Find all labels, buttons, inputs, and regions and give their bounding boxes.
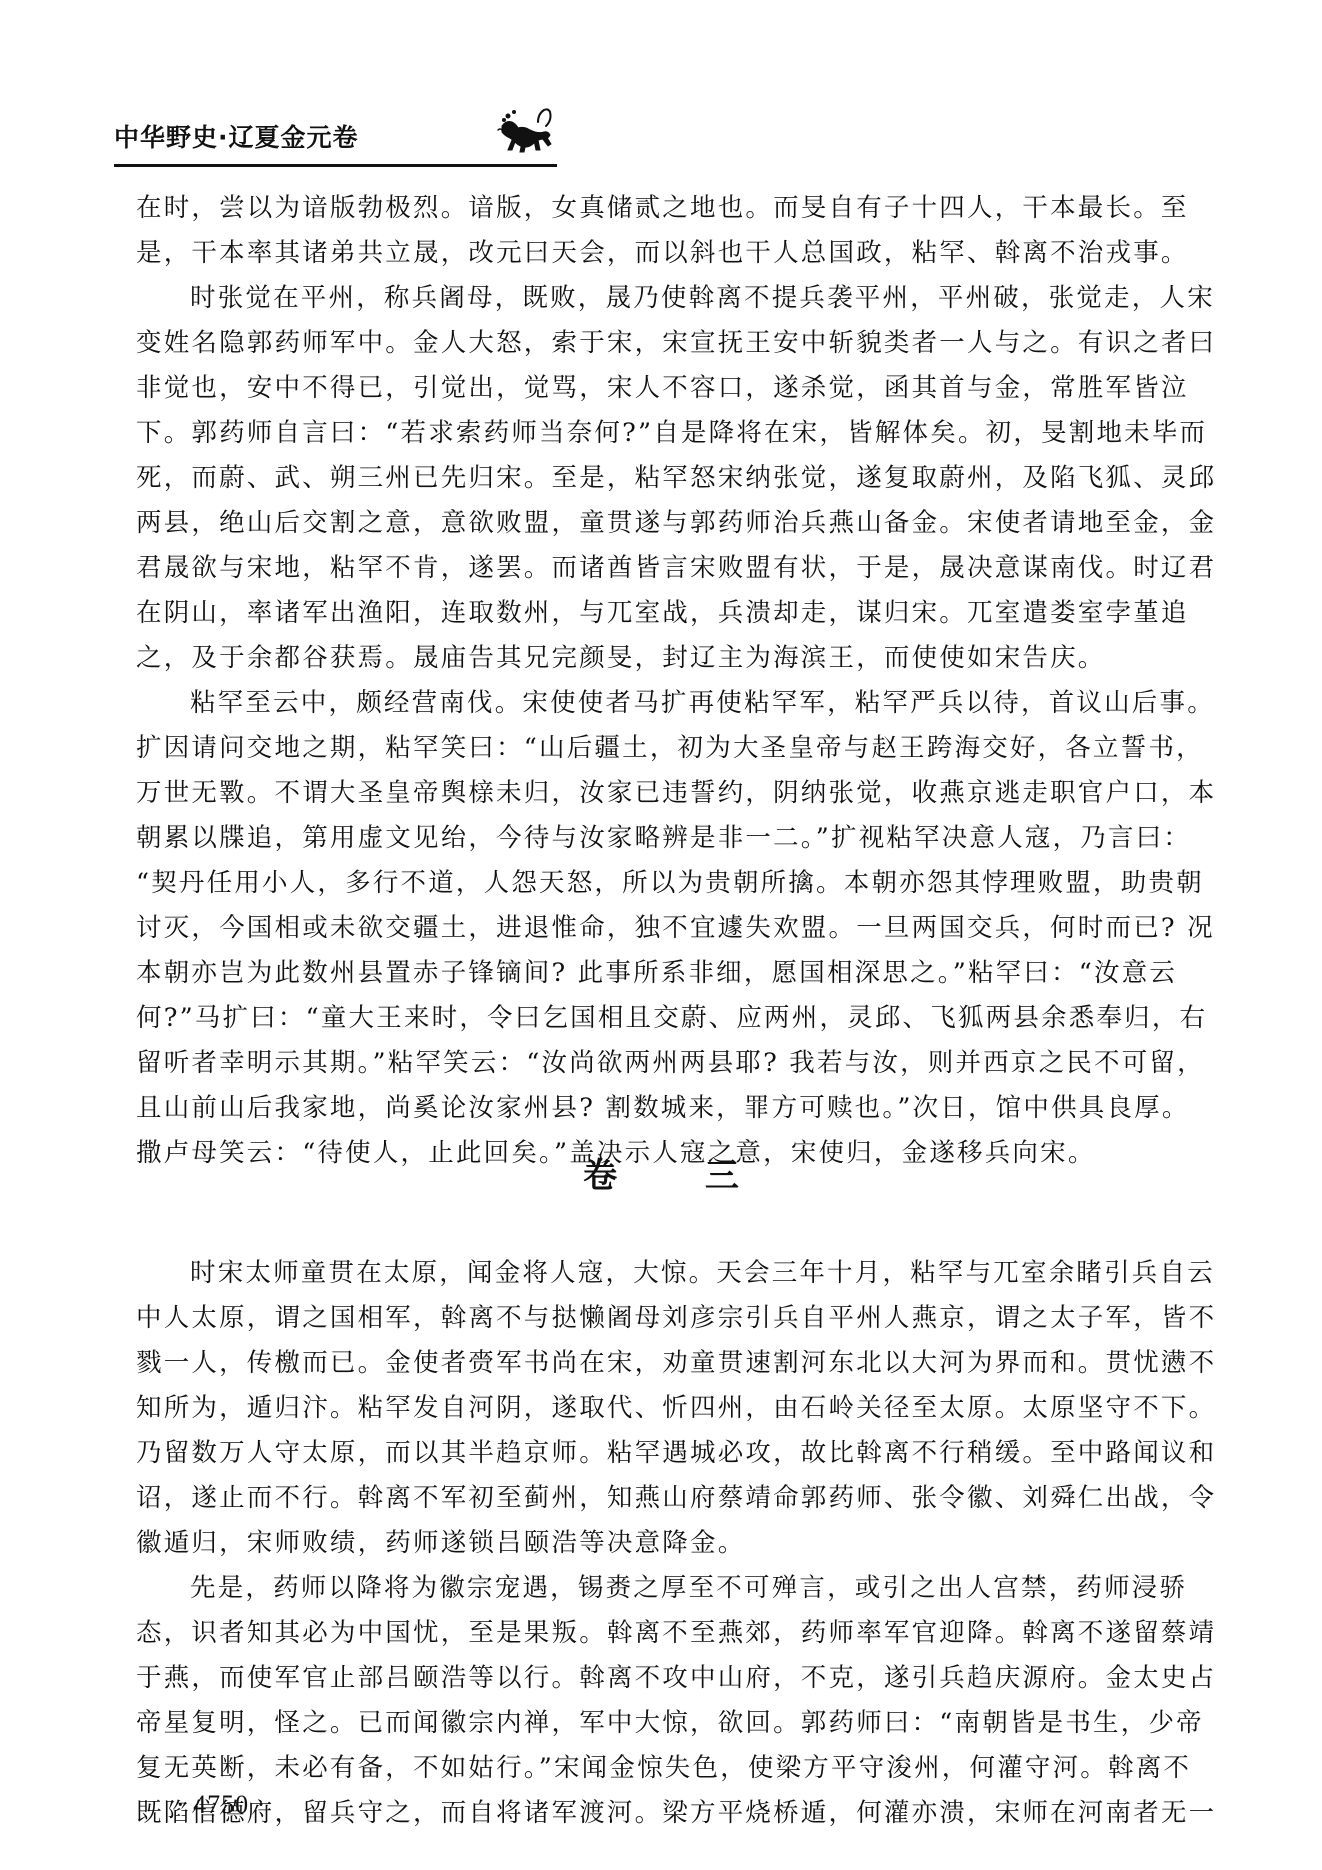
text-line: 下。郭药师自言曰：“若求索药师当奈何?”自是降将在宋，皆解体矣。初，旻割地未毕而 xyxy=(136,411,1196,456)
text-line: 死，而蔚、武、朔三州已先归宋。至是，粘罕怒宋纳张觉，遂复取蔚州，及陷飞狐、灵邱 xyxy=(136,456,1196,501)
text-line: 扩因请问交地之期，粘罕笑曰：“山后疆土，初为大圣皇帝与赵王跨海交好，各立誓书， xyxy=(136,726,1196,771)
text-line: “契丹任用小人，多行不道，人怨天怒，所以为贵朝所擒。本朝亦怨其悖理败盟，助贵朝 xyxy=(136,861,1196,906)
header-divider xyxy=(114,164,557,167)
text-line: 徽遁归，宋师败绩，药师遂锁吕颐浩等决意降金。 xyxy=(136,1521,1196,1566)
text-line: 非觉也，安中不得已，引觉出，觉骂，宋人不容口，遂杀觉，函其首与金，常胜军皆泣 xyxy=(136,366,1196,411)
text-line: 是，干本率其诸弟共立晟，改元曰天会，而以斜也干人总国政，粘罕、斡离不治戎事。 xyxy=(136,231,1196,276)
text-line: 既陷信德府，留兵守之，而自将诸军渡河。梁方平烧桥遁，何灌亦溃，宋师在河南者无一 xyxy=(136,1791,1196,1836)
text-line: 本朝亦岂为此数州县置赤子锋镝间? 此事所系非细，愿国相深思之。”粘罕曰：“汝意云 xyxy=(136,951,1196,996)
text-block-continued: 在时，尝以为谙版勃极烈。谙版，女真储贰之地也。而旻自有子十四人，干本最长。至 是… xyxy=(136,186,1196,1176)
text-line: 在阴山，率诸军出渔阳，连取数州，与兀室战，兵溃却走，谋归宋。兀室遣娄室孛堇追 xyxy=(136,591,1196,636)
text-line: 于燕，而使军官止部吕颐浩等以行。斡离不攻中山府，不克，遂引兵趋庆源府。金太史占 xyxy=(136,1656,1196,1701)
paragraph-start-line: 时张觉在平州，称兵阇母，既败，晟乃使斡离不提兵袭平州，平州破，张觉走，人宋 xyxy=(136,276,1196,321)
paragraph-start-line: 先是，药师以降将为徽宗宠遇，锡赉之厚至不可殚言，或引之出人宫禁，药师浸骄 xyxy=(136,1566,1196,1611)
qilin-emblem-icon xyxy=(494,104,558,158)
text-block-chapter-three: 时宋太师童贯在太原，闻金将人寇，大惊。天会三年十月，粘罕与兀室余睹引兵自云 中人… xyxy=(136,1251,1196,1836)
text-line: 态，识者知其必为中国忧，至是果叛。斡离不至燕郊，药师率军官迎降。斡离不遂留蔡靖 xyxy=(136,1611,1196,1656)
text-line: 君晟欲与宋地，粘罕不肯，遂罢。而诸酋皆言宋败盟有状，于是，晟决意谋南伐。时辽君 xyxy=(136,546,1196,591)
text-line: 之，及于余都谷获焉。晟庙告其兄完颜旻，封辽主为海滨王，而使使如宋告庆。 xyxy=(136,636,1196,681)
text-line: 留听者幸明示其期。”粘罕笑云：“汝尚欲两州两县耶? 我若与汝，则并西京之民不可留… xyxy=(136,1041,1196,1086)
text-line: 朝累以牒追，第用虚文见绐，今待与汝家略辨是非一二。”扩视粘罕决意人寇，乃言曰： xyxy=(136,816,1196,861)
running-header: 中华野史·辽夏金元卷 xyxy=(114,104,556,164)
paragraph-start-line: 粘罕至云中，颇经营南伐。宋使使者马扩再使粘罕军，粘罕严兵以待，首议山后事。 xyxy=(136,681,1196,726)
text-line: 讨灭，今国相或未欲交疆土，进退惟命，独不宜遽失欢盟。一旦两国交兵，何时而已? 况 xyxy=(136,906,1196,951)
text-line: 复无英断，未必有备，不如姑行。”宋闻金惊失色，使梁方平守浚州，何灌守河。斡离不 xyxy=(136,1746,1196,1791)
book-title: 中华野史·辽夏金元卷 xyxy=(114,118,359,154)
text-line: 万世无斁。不谓大圣皇帝舆榇未归，汝家已违誓约，阴纳张觉，收燕京逃走职官户口，本 xyxy=(136,771,1196,816)
text-line: 戮一人，传檄而已。金使者赍军书尚在宋，劝童贯速割河东北以大河为界而和。贯忧懑不 xyxy=(136,1341,1196,1386)
text-line: 乃留数万人守太原，而以其半趋京师。粘罕遇城必攻，故比斡离不行稍缓。至中路闻议和 xyxy=(136,1431,1196,1476)
page-number: · 4750 · xyxy=(176,1790,266,1820)
text-line: 帝星复明，怪之。已而闻徽宗内禅，军中大惊，欲回。郭药师曰：“南朝皆是书生，少帝 xyxy=(136,1701,1196,1746)
text-line: 变姓名隐郭药师军中。金人大怒，索于宋，宋宣抚王安中斩貌类者一人与之。有识之者曰 xyxy=(136,321,1196,366)
text-line: 诏，遂止而不行。斡离不军初至蓟州，知燕山府蔡靖命郭药师、张令徽、刘舜仁出战，令 xyxy=(136,1476,1196,1521)
text-line: 两县，绝山后交割之意，意欲败盟，童贯遂与郭药师治兵燕山备金。宋使者请地至金，金 xyxy=(136,501,1196,546)
text-line: 且山前山后我家地，尚奚论汝家州县? 割数城来，罪方可赎也。”次日，馆中供具良厚。 xyxy=(136,1086,1196,1131)
paragraph-start-line: 时宋太师童贯在太原，闻金将人寇，大惊。天会三年十月，粘罕与兀室余睹引兵自云 xyxy=(136,1251,1196,1296)
text-line: 在时，尝以为谙版勃极烈。谙版，女真储贰之地也。而旻自有子十四人，干本最长。至 xyxy=(136,186,1196,231)
text-line: 何?”马扩曰：“童大王来时，令曰乞国相且交蔚、应两州，灵邱、飞狐两县余悉奉归，右 xyxy=(136,996,1196,1041)
text-line: 中人太原，谓之国相军，斡离不与挞懒阇母刘彦宗引兵自平州人燕京，谓之太子军，皆不 xyxy=(136,1296,1196,1341)
chapter-heading: 卷 三 xyxy=(0,1148,1322,1197)
text-line: 知所为，遁归汴。粘罕发自河阴，遂取代、忻四州，由石岭关径至太原。太原坚守不下。 xyxy=(136,1386,1196,1431)
